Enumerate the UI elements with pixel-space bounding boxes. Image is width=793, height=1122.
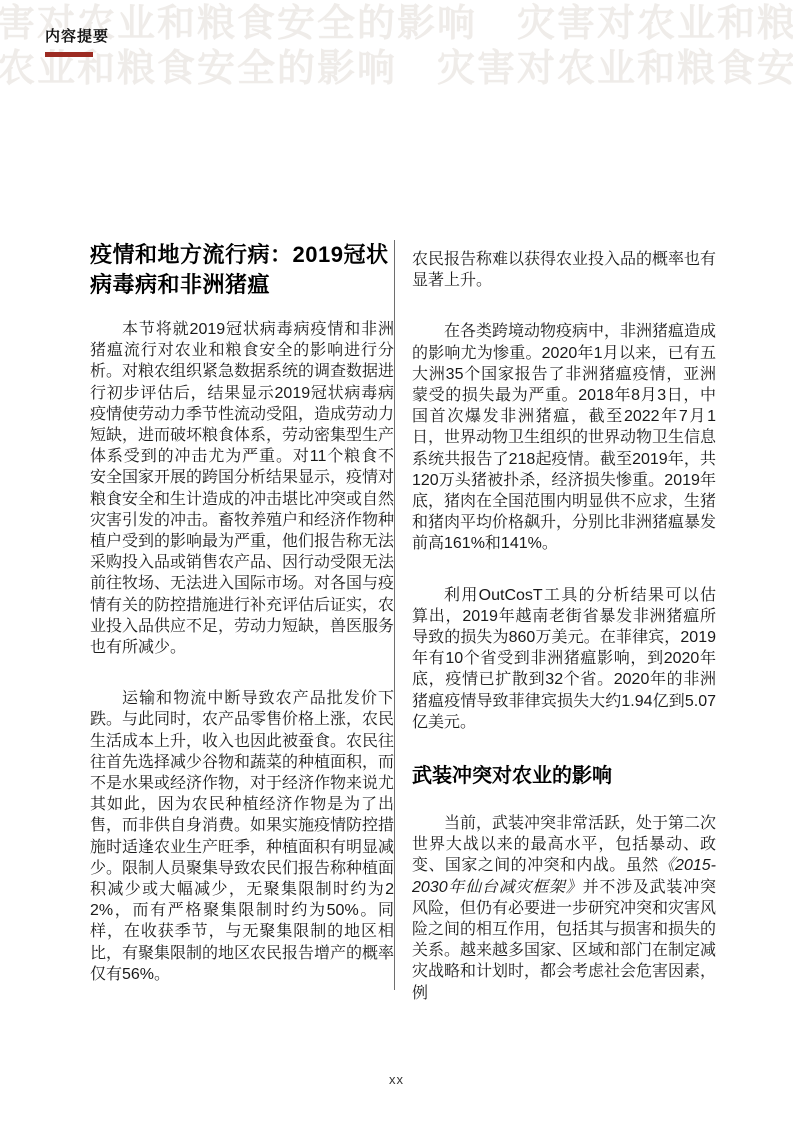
section-label-text: 内容提要 (45, 29, 109, 45)
page-number: xx (389, 1072, 404, 1087)
page-footer: xx (0, 1071, 793, 1089)
paragraph-transport-logistics: 运输和物流中断导致农产品批发价下跌。与此同时，农产品零售价格上涨，农民生活成本上… (90, 688, 394, 985)
section-label-underline-bar (45, 52, 93, 57)
conflict-text-post: 并不涉及武装冲突风险，但仍有必要进一步研究冲突和灾害风险之间的相互作用，包括其与… (412, 879, 716, 1002)
paragraph-armed-conflict: 当前，武装冲突非常活跃，处于第二次世界大战以来的最高水平，包括暴动、政变、国家之… (412, 813, 716, 1004)
watermark-title-line1: 害对农业和粮食安全的影响 灾害对农业和粮食 (0, 2, 793, 47)
paragraph-outcost-losses: 利用OutCosT工具的分析结果可以估算出，2019年越南老街省暴发非洲猪瘟所导… (412, 585, 716, 733)
watermark-banner: 害对农业和粮食安全的影响 灾害对农业和粮食 农业和粮食安全的影响 灾害对农业和粮… (0, 0, 793, 102)
paragraph-continuation-inputs: 农民报告称难以获得农业投入品的概率也有显著上升。 (412, 249, 716, 291)
section-heading-armed-conflict: 武装冲突对农业的影响 (412, 763, 716, 789)
subsection-heading-epidemics: 疫情和地方流行病：2019冠状病毒病和非洲猪瘟 (90, 240, 394, 300)
paragraph-covid-analysis: 本节将就2019冠状病毒病疫情和非洲猪瘟流行对农业和粮食安全的影响进行分析。对粮… (90, 319, 394, 658)
paragraph-asf-impact: 在各类跨境动物疫病中，非洲猪瘟造成的影响尤为惨重。2020年1月以来，已有五大洲… (412, 321, 716, 554)
left-column: 疫情和地方流行病：2019冠状病毒病和非洲猪瘟 本节将就2019冠状病毒病疫情和… (90, 240, 394, 1034)
content-area: 疫情和地方流行病：2019冠状病毒病和非洲猪瘟 本节将就2019冠状病毒病疫情和… (90, 240, 716, 1034)
section-label: 内容提要 (45, 29, 109, 57)
watermark-title-line2: 农业和粮食安全的影响 灾害对农业和粮食安全 (0, 47, 793, 92)
column-divider-rule (394, 240, 395, 990)
document-page: 害对农业和粮食安全的影响 灾害对农业和粮食 农业和粮食安全的影响 灾害对农业和粮… (0, 0, 793, 1122)
right-column: 农民报告称难以获得农业投入品的概率也有显著上升。 在各类跨境动物疫病中，非洲猪瘟… (412, 240, 716, 1034)
